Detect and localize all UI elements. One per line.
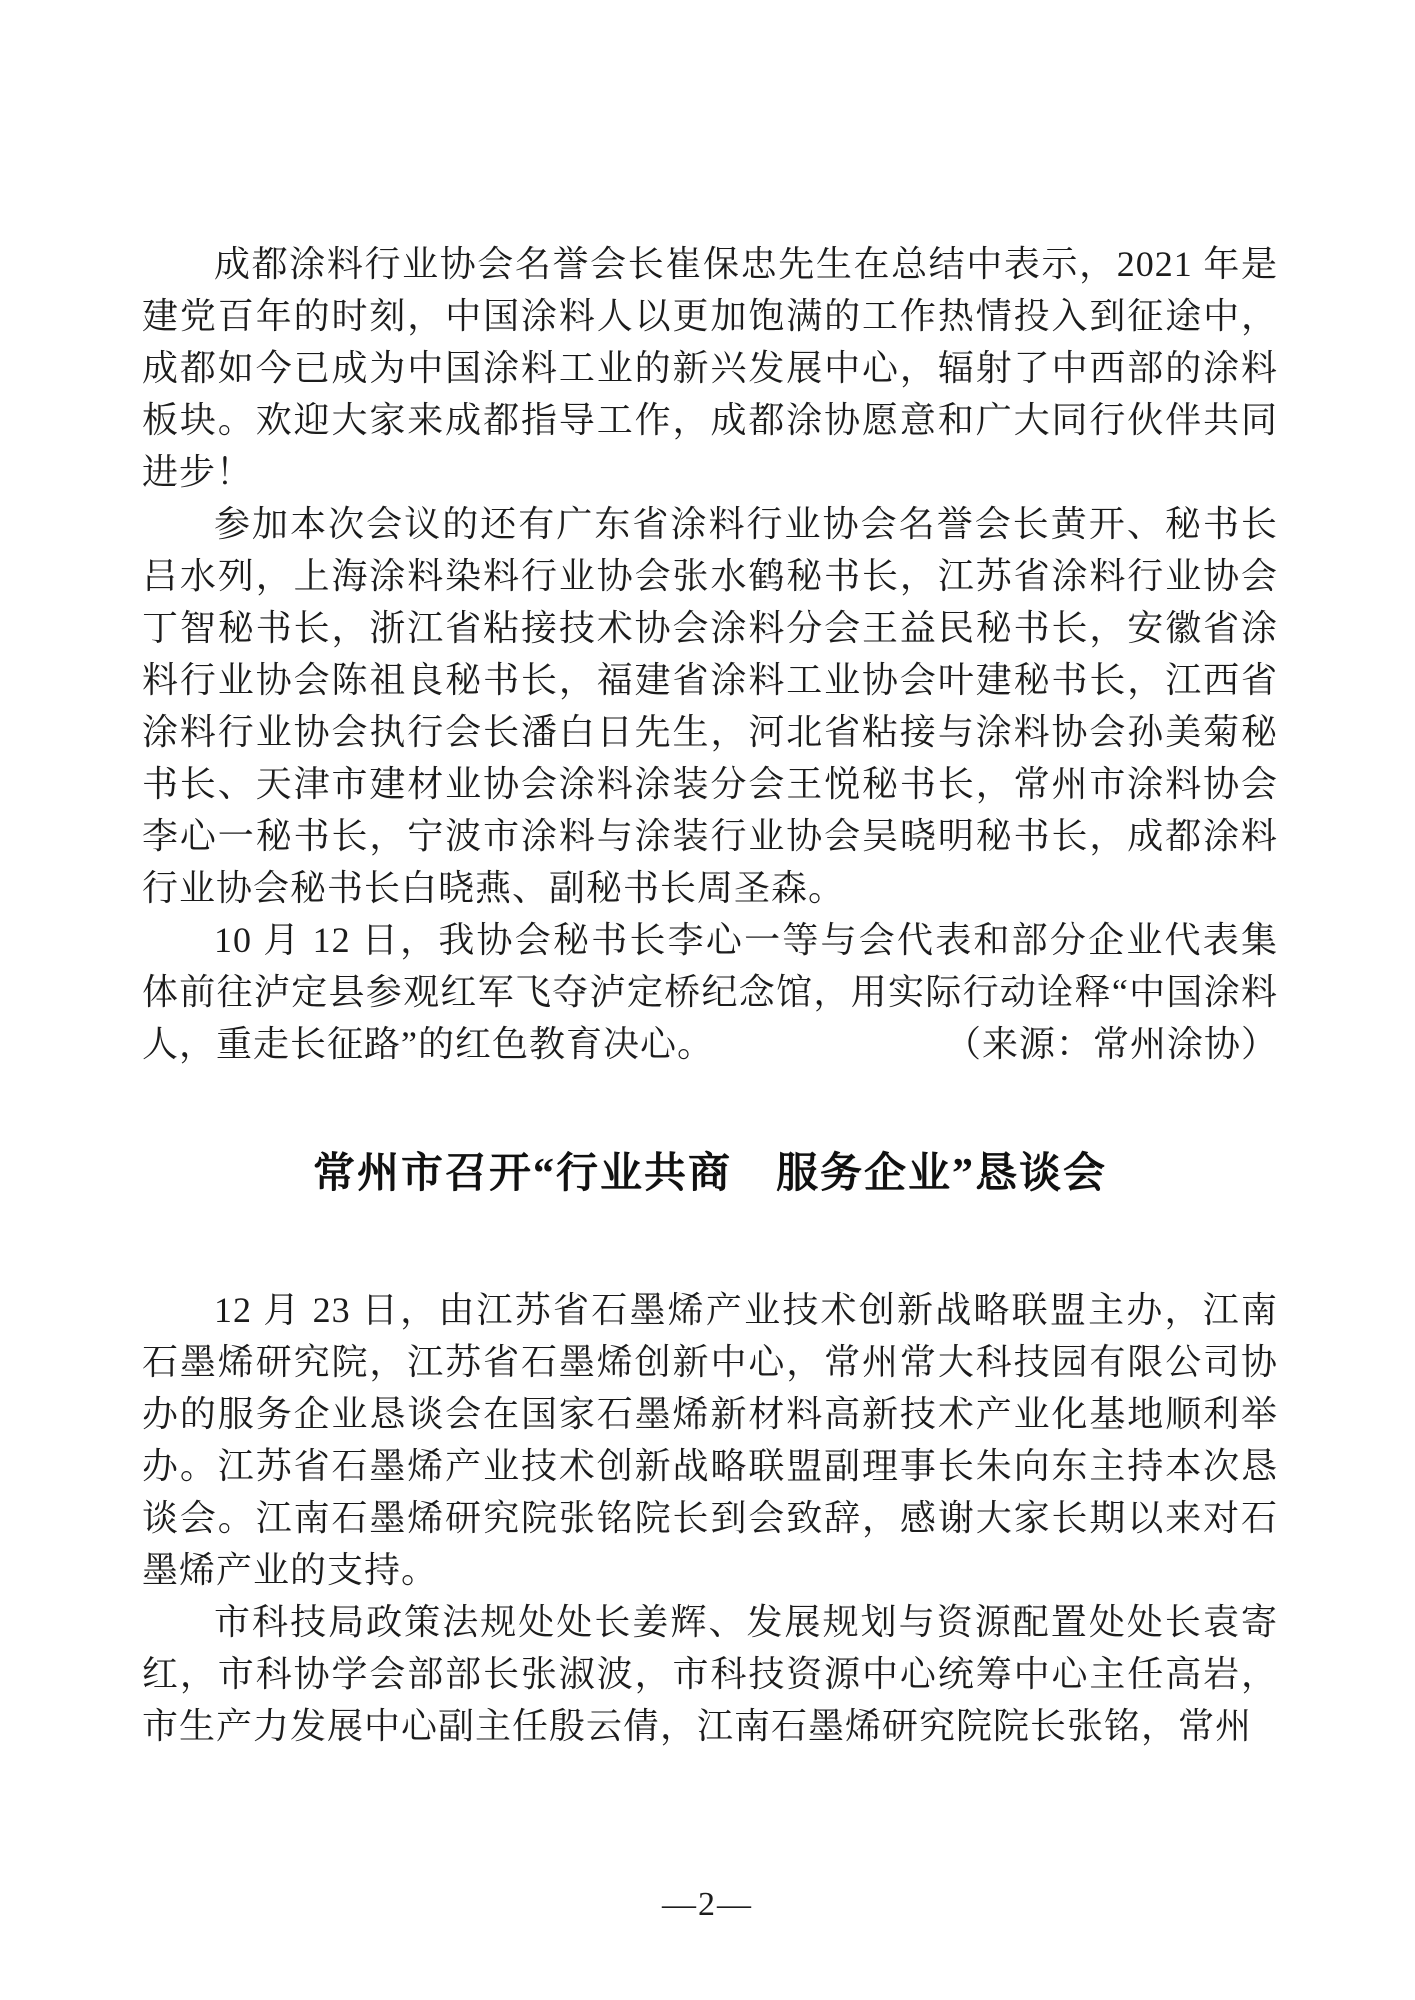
page-number: —2— [0, 1885, 1415, 1925]
paragraph-officials-list: 市科技局政策法规处处长姜辉、发展规划与资源配置处处长袁寄红，市科协学会部部长张淑… [142, 1596, 1278, 1752]
source-attribution: （来源：常州涂协） [945, 1018, 1278, 1070]
section-title: 常州市召开“行业共商 服务企业”恳谈会 [142, 1144, 1278, 1204]
paragraph-visit: 10 月 12 日，我协会秘书长李心一等与会代表和部分企业代表集体前往泸定县参观… [142, 914, 1278, 1070]
paragraph-attendees: 参加本次会议的还有广东省涂料行业协会名誉会长黄开、秘书长吕水列，上海涂料染料行业… [142, 498, 1278, 914]
document-content: 成都涂料行业协会名誉会长崔保忠先生在总结中表示，2021 年是建党百年的时刻，中… [142, 238, 1278, 1752]
paragraph-meeting-intro: 12 月 23 日，由江苏省石墨烯产业技术创新战略联盟主办，江南石墨烯研究院，江… [142, 1284, 1278, 1596]
paragraph-summary-speech: 成都涂料行业协会名誉会长崔保忠先生在总结中表示，2021 年是建党百年的时刻，中… [142, 238, 1278, 498]
document-page: 成都涂料行业协会名誉会长崔保忠先生在总结中表示，2021 年是建党百年的时刻，中… [0, 0, 1415, 2000]
